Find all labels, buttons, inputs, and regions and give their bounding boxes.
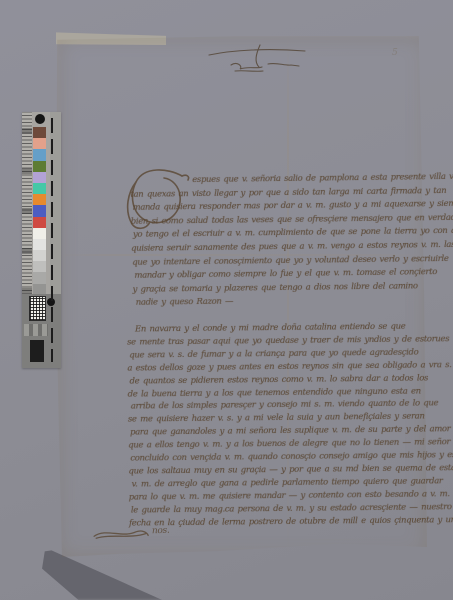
gray-step-patch — [33, 239, 46, 250]
color-patch — [33, 161, 46, 172]
color-patch — [33, 194, 46, 205]
color-patch — [33, 127, 46, 138]
registration-dot-top — [35, 114, 45, 124]
top-inscription-scribble — [205, 42, 323, 78]
calibration-dash-line — [51, 118, 53, 362]
color-patch-column — [33, 127, 46, 295]
color-patch — [33, 217, 46, 228]
color-patch — [33, 183, 46, 194]
flourish-swash — [92, 523, 151, 541]
letter-paragraph-1: espues que v. señoria salio de pamplona … — [130, 171, 430, 311]
color-patch — [33, 149, 46, 160]
gray-step-patch — [33, 272, 46, 283]
letter-paragraph-2: En navarra y el conde y mi madre doña ca… — [127, 320, 427, 530]
color-patch — [33, 205, 46, 216]
gray-step-patch — [33, 228, 46, 239]
faint-page-number: 5 — [392, 48, 398, 58]
color-patch — [33, 138, 46, 149]
resolution-target — [30, 297, 45, 320]
calibration-black-patch — [30, 340, 44, 362]
photo-background: 5 espues que v. señoria salio de pamplon… — [0, 0, 453, 600]
calibration-lower-section — [22, 294, 61, 368]
color-calibration-target — [22, 112, 61, 368]
calibration-bar-pattern — [24, 324, 48, 336]
color-patch — [33, 172, 46, 183]
closing-flourish: nos. — [92, 523, 170, 542]
gray-step-patch — [33, 261, 46, 272]
gray-step-patch — [33, 250, 46, 261]
closing-word: nos. — [152, 526, 170, 537]
